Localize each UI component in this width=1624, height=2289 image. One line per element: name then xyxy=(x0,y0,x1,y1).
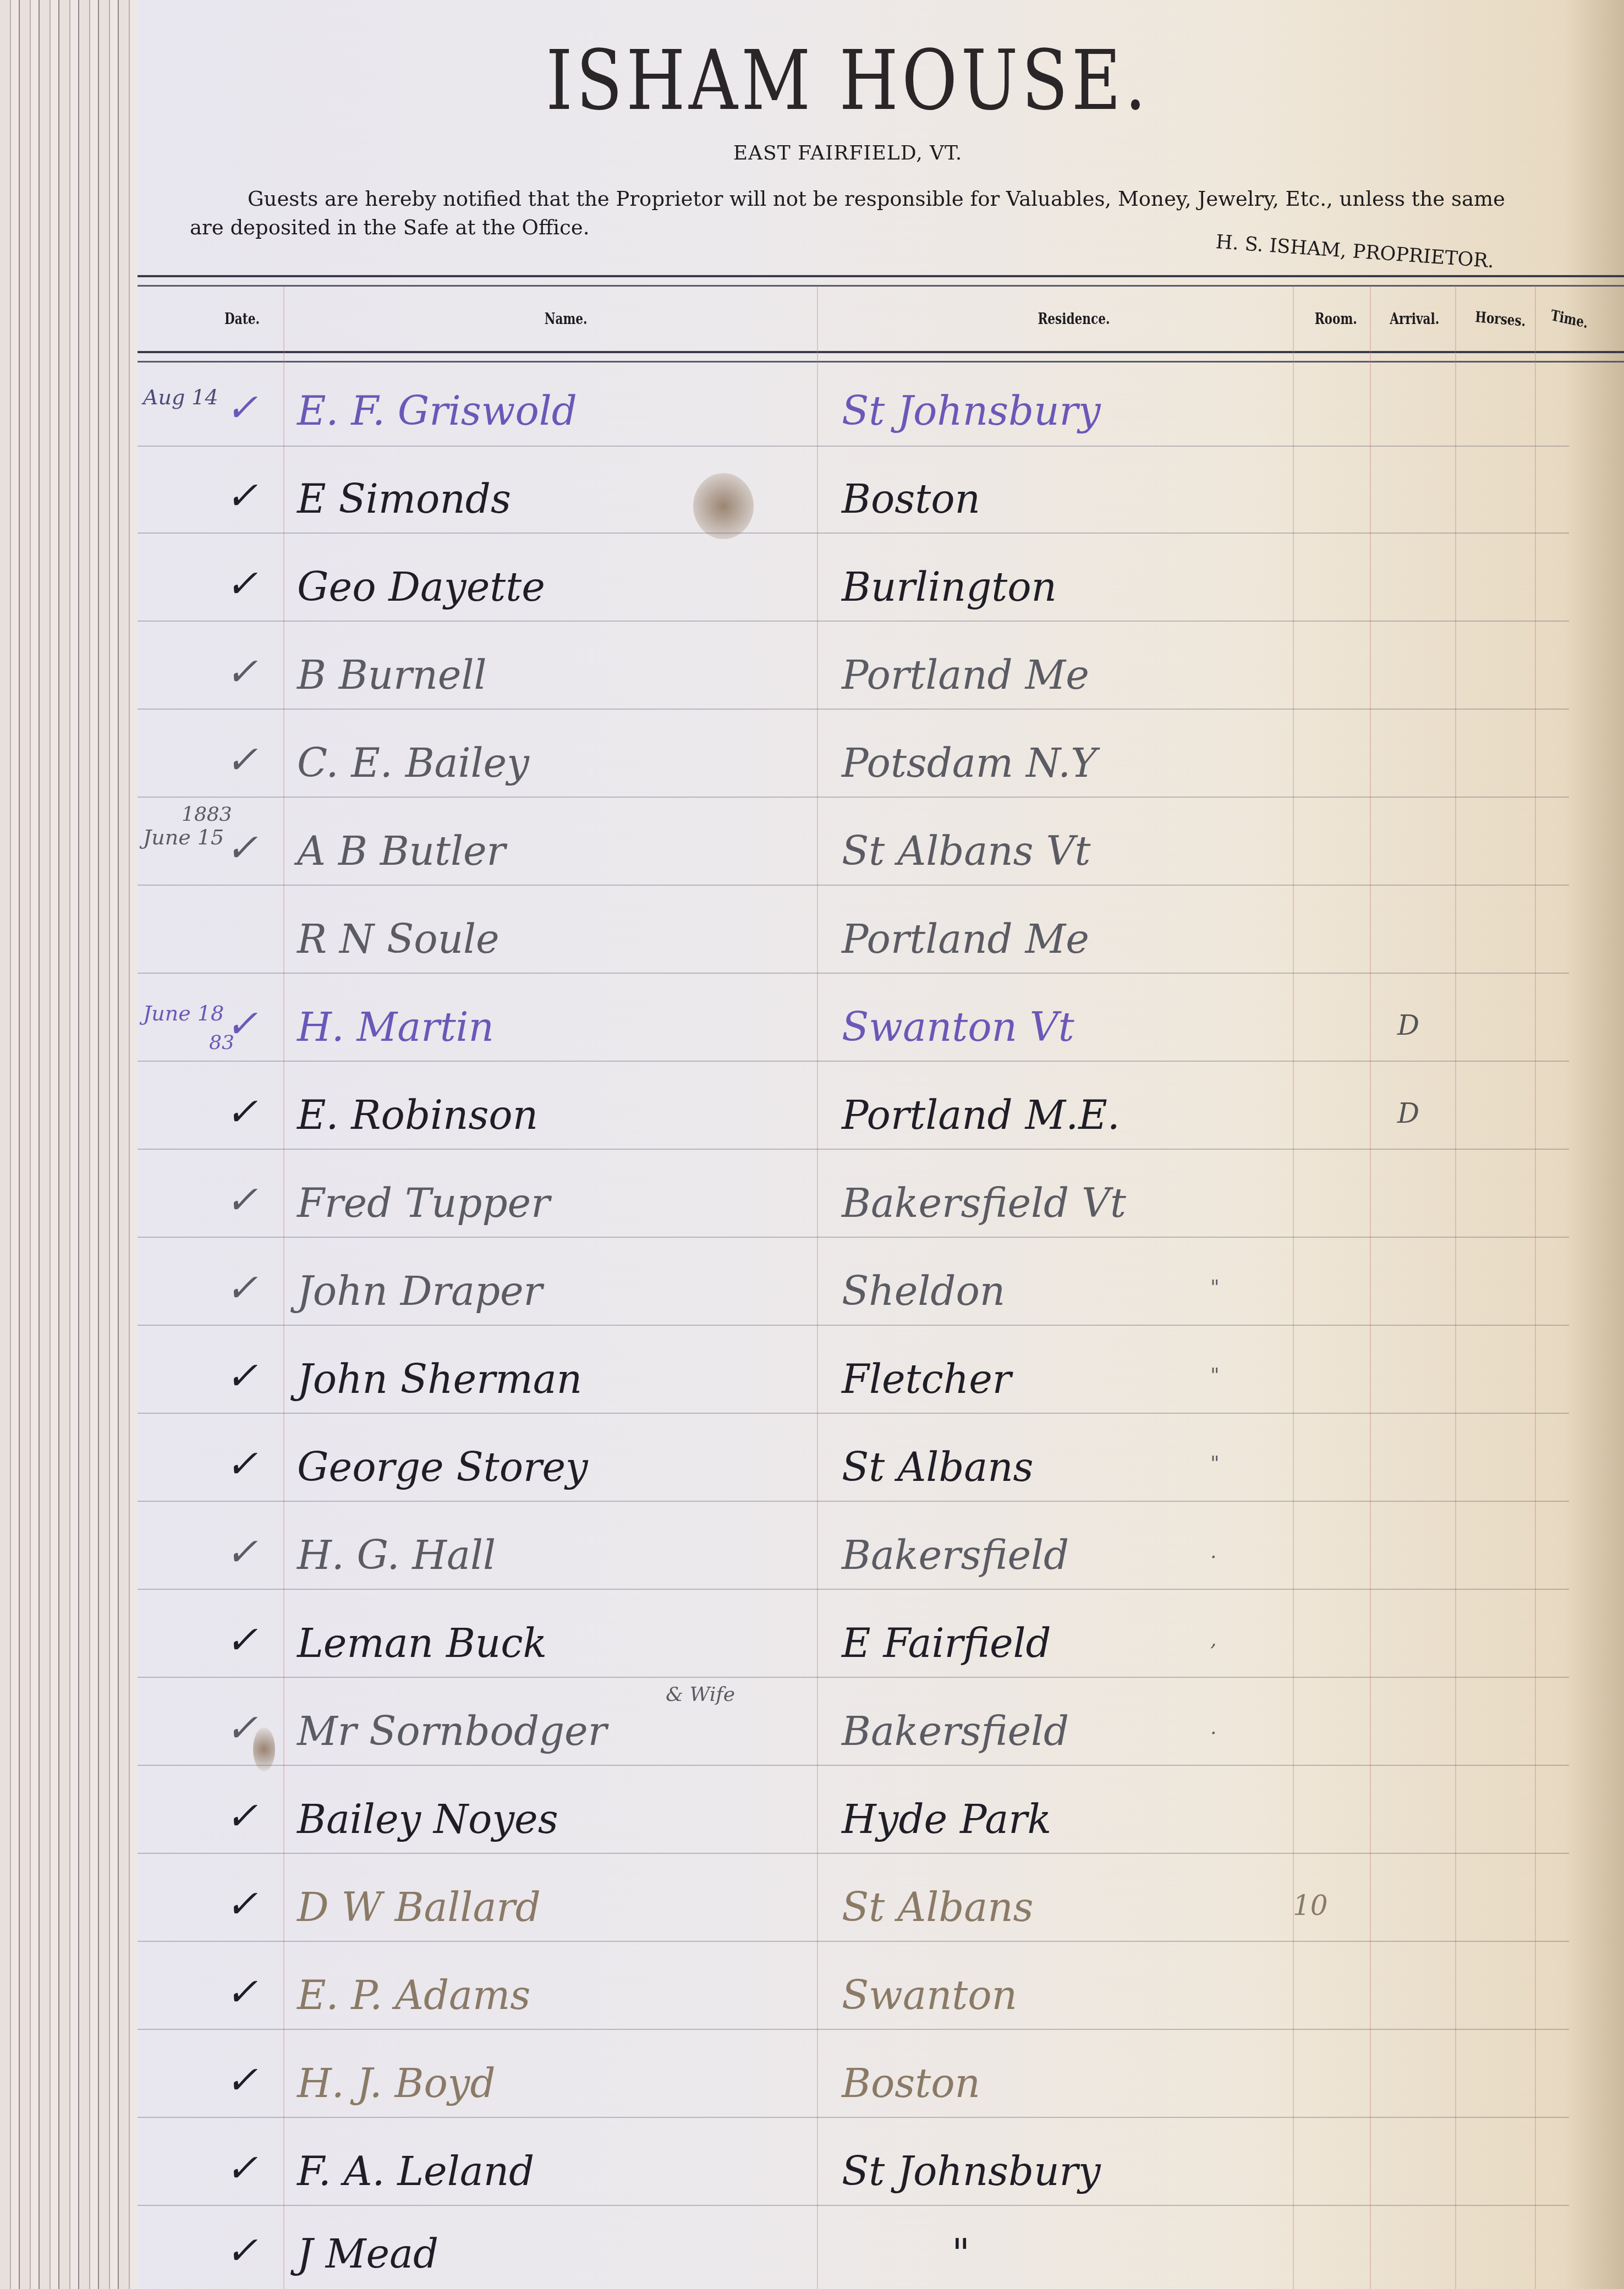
check-mark-icon: ✓ xyxy=(226,1969,258,2014)
ditto-mark: " xyxy=(1210,1276,1220,1299)
check-mark-icon: ✓ xyxy=(226,1617,258,1662)
register-entry: ✓ Leman Buck E Fairfield , xyxy=(138,1595,1458,1678)
guest-name: E. Robinson xyxy=(297,1092,538,1138)
check-mark-icon: ✓ xyxy=(226,1177,258,1222)
guest-residence: Bakersfield xyxy=(842,1708,1069,1754)
register-entry: ✓ John Sherman Fletcher " xyxy=(138,1331,1458,1414)
register-page: ISHAM HOUSE. EAST FAIRFIELD, VT. Guests … xyxy=(138,0,1624,2289)
register-entry: Aug 14 ✓ E. F. Griswold St Johnsbury xyxy=(138,363,1458,446)
guest-name: George Storey xyxy=(297,1444,588,1490)
guest-residence: Fletcher xyxy=(842,1356,1011,1402)
hotel-location: EAST FAIRFIELD, VT. xyxy=(138,142,1558,164)
check-mark-icon: ✓ xyxy=(226,561,258,606)
proprietor-signature: H. S. ISHAM, PROPRIETOR. xyxy=(1215,231,1495,272)
gutter-shadow xyxy=(1563,0,1624,2289)
guest-residence: Bakersfield Vt xyxy=(842,1180,1126,1226)
guest-residence: Boston xyxy=(842,2060,980,2106)
register-entry: ✓ E. Robinson Portland M.E. D xyxy=(138,1067,1458,1150)
column-header-residence: Residence. xyxy=(1038,311,1110,328)
register-entry: ✓ Fred Tupper Bakersfield Vt xyxy=(138,1155,1458,1238)
register-entry: ✓ F. A. Leland St Johnsbury xyxy=(138,2123,1458,2206)
register-entry: ✓ E Simonds Boston xyxy=(138,451,1458,534)
guest-residence: St Albans Vt xyxy=(842,828,1090,874)
register-entry: ✓ J Mead " xyxy=(138,2206,1458,2288)
guest-residence: St Johnsbury xyxy=(842,2148,1101,2194)
guest-residence: St Johnsbury xyxy=(842,388,1101,434)
ditto-mark: , xyxy=(1210,1628,1216,1651)
ditto-mark: . xyxy=(1210,1540,1216,1563)
entry-date: June 15 xyxy=(143,825,224,849)
register-entry: ✓ Geo Dayette Burlington xyxy=(138,539,1458,622)
register-entry: ✓ E. P. Adams Swanton xyxy=(138,1947,1458,2030)
check-mark-icon: ✓ xyxy=(226,473,258,518)
guest-residence: Burlington xyxy=(842,564,1057,610)
check-mark-icon: ✓ xyxy=(226,825,258,870)
guest-residence: Portland Me xyxy=(842,652,1089,698)
entry-date: June 18 xyxy=(143,1001,224,1025)
guest-name: B Burnell xyxy=(297,652,487,698)
arrival-mark: D xyxy=(1397,1097,1419,1129)
check-mark-icon: ✓ xyxy=(226,2145,258,2191)
guest-residence: Swanton Vt xyxy=(842,1004,1074,1050)
guest-name: John Draper xyxy=(297,1268,542,1314)
guest-name: H. G. Hall xyxy=(297,1532,496,1578)
check-mark-icon: ✓ xyxy=(226,2228,258,2273)
stacked-page-edges xyxy=(0,0,138,2289)
guest-name: E Simonds xyxy=(297,476,511,522)
check-mark-icon: ✓ xyxy=(226,1881,258,1926)
column-header-arrival: Arrival. xyxy=(1390,311,1439,328)
guest-name: H. Martin xyxy=(297,1004,494,1050)
guest-residence-ditto: " xyxy=(952,2231,970,2277)
column-header-room: Room. xyxy=(1315,311,1357,328)
guest-residence: Hyde Park xyxy=(842,1796,1051,1842)
column-header-date: Date. xyxy=(224,311,260,328)
check-mark-icon: ✓ xyxy=(226,1705,258,1750)
register-entry: R N Soule Portland Me xyxy=(138,891,1458,974)
header-rule-bottom xyxy=(138,351,1624,363)
register-entry: ✓ George Storey St Albans " xyxy=(138,1419,1458,1502)
arrival-mark: D xyxy=(1397,1009,1419,1041)
check-mark-icon: ✓ xyxy=(226,1793,258,1838)
guest-residence: St Albans xyxy=(842,1884,1034,1930)
check-mark-icon: ✓ xyxy=(226,1353,258,1398)
guest-residence: Portland Me xyxy=(842,916,1089,962)
name-annotation: & Wife xyxy=(666,1683,735,1706)
check-mark-icon: ✓ xyxy=(226,649,258,694)
guest-residence: E Fairfield xyxy=(842,1620,1051,1666)
guest-name: E. F. Griswold xyxy=(297,388,577,434)
guest-name: J Mead xyxy=(297,2231,438,2277)
check-mark-icon: ✓ xyxy=(226,1001,258,1046)
guest-name: E. P. Adams xyxy=(297,1972,530,2018)
guest-name: Bailey Noyes xyxy=(297,1796,558,1842)
header-rule-top xyxy=(138,275,1624,287)
guest-residence: Bakersfield xyxy=(842,1532,1069,1578)
guest-name: F. A. Leland xyxy=(297,2148,534,2194)
register-entry: ✓ John Draper Sheldon " xyxy=(138,1243,1458,1326)
check-mark-icon: ✓ xyxy=(226,1441,258,1486)
check-mark-icon: ✓ xyxy=(226,1529,258,1574)
guest-residence: Swanton xyxy=(842,1972,1017,2018)
guest-name: Mr Sornbodger xyxy=(297,1708,607,1754)
guest-name: D W Ballard xyxy=(297,1884,541,1930)
row-rule xyxy=(138,446,1569,447)
register-entry: June 18 83 ✓ H. Martin Swanton Vt D xyxy=(138,979,1458,1062)
ditto-mark: " xyxy=(1210,1452,1220,1475)
register-entry: ✓ B Burnell Portland Me xyxy=(138,627,1458,710)
check-mark-icon: ✓ xyxy=(226,1089,258,1134)
notice-line-2: are deposited in the Safe at the Office. xyxy=(190,216,589,239)
register-entry: ✓ D W Ballard St Albans 10 xyxy=(138,1859,1458,1942)
register-entry: ✓ C. E. Bailey Potsdam N.Y xyxy=(138,715,1458,798)
guest-name: Geo Dayette xyxy=(297,564,545,610)
ditto-mark: . xyxy=(1210,1716,1216,1739)
register-entry: & Wife ✓ Mr Sornbodger Bakersfield . xyxy=(138,1683,1458,1766)
register-entry: 1883 June 15 ✓ A B Butler St Albans Vt xyxy=(138,803,1458,886)
check-mark-icon: ✓ xyxy=(226,737,258,782)
entry-date: Aug 14 xyxy=(143,385,218,409)
notice-line-1: Guests are hereby notified that the Prop… xyxy=(248,187,1505,211)
guest-name: Fred Tupper xyxy=(297,1180,550,1226)
register-entry: ✓ H. J. Boyd Boston xyxy=(138,2035,1458,2118)
column-header-horses: Horses. xyxy=(1475,309,1526,330)
guest-name: H. J. Boyd xyxy=(297,2060,496,2106)
check-mark-icon: ✓ xyxy=(226,385,258,430)
guest-name: A B Butler xyxy=(297,828,506,874)
hotel-title: ISHAM HOUSE. xyxy=(265,33,1430,129)
guest-name: John Sherman xyxy=(297,1356,582,1402)
guest-residence: Sheldon xyxy=(842,1268,1005,1314)
masthead: ISHAM HOUSE. EAST FAIRFIELD, VT. Guests … xyxy=(138,0,1624,286)
guest-residence: Portland M.E. xyxy=(842,1092,1120,1138)
guest-name: Leman Buck xyxy=(297,1620,547,1666)
register-entry: ✓ Bailey Noyes Hyde Park xyxy=(138,1771,1458,1854)
entry-year-note: 1883 xyxy=(182,803,232,826)
check-mark-icon: ✓ xyxy=(226,1265,258,1310)
guest-residence: Boston xyxy=(842,476,980,522)
guest-residence: St Albans xyxy=(842,1444,1034,1490)
room-number: 10 xyxy=(1293,1890,1328,1922)
column-rule xyxy=(1535,286,1536,2289)
register-entry: ✓ H. G. Hall Bakersfield . xyxy=(138,1507,1458,1590)
ditto-mark: " xyxy=(1210,1364,1220,1387)
column-header-name: Name. xyxy=(545,311,588,328)
check-mark-icon: ✓ xyxy=(226,2057,258,2103)
guest-name: R N Soule xyxy=(297,916,500,962)
guest-residence: Potsdam N.Y xyxy=(842,740,1097,786)
guest-name: C. E. Bailey xyxy=(297,740,529,786)
